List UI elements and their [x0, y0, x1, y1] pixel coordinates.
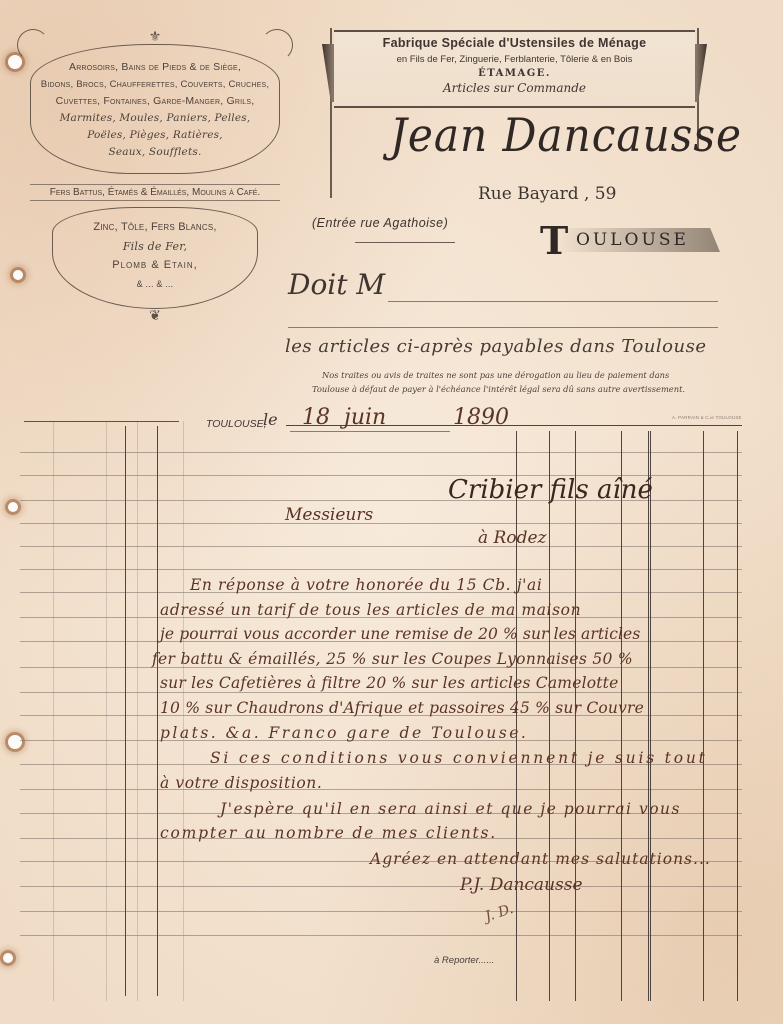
punch-hole — [3, 953, 13, 963]
fleuron-ornament: ❦ — [30, 309, 280, 323]
merchant-name: Jean Dancausse — [390, 108, 742, 162]
merchandise-line: Arrosoirs, Bains de Pieds & de Siège, — [39, 59, 271, 76]
letter-line: adressé un tarif de tous les articles de… — [160, 601, 581, 619]
letter-line: je pourrai vous accorder une remise de 2… — [160, 625, 640, 643]
merchandise-line: Bidons, Brocs, Chaufferettes, Couverts, … — [39, 76, 271, 93]
metals-cartouche: Zinc, Tôle, Fers Blancs, Fils de Fer, Pl… — [52, 207, 258, 309]
punch-hole — [8, 735, 22, 749]
payable-terms: les articles ci-après payables dans Toul… — [285, 336, 707, 357]
payment-notice: Nos traites ou avis de traites ne sont p… — [322, 368, 722, 396]
merchandise-line: Poëles, Pièges, Ratières, — [39, 127, 271, 144]
letter-line: 10 % sur Chaudrons d'Afrique et passoire… — [160, 699, 644, 717]
signature: P.J. Dancausse — [460, 875, 583, 895]
punch-hole — [8, 502, 18, 512]
punch-hole — [8, 55, 22, 69]
invoice-letter-page: ⚜ Arrosoirs, Bains de Pieds & de Siège, … — [0, 0, 783, 1024]
metals-line: & ... & ... — [59, 275, 251, 294]
salutation: Messieurs — [285, 505, 373, 525]
fleuron-ornament: ⚜ — [30, 30, 280, 44]
divider — [355, 242, 455, 243]
merchandise-band: Fers Battus, Étamés & Émaillés, Moulins … — [30, 184, 280, 201]
letter-line: à votre disposition. — [160, 774, 322, 792]
notice-line: Nos traites ou avis de traites ne sont p… — [322, 368, 722, 382]
city-name: OULOUSE — [576, 230, 689, 250]
banner-service: ÉTAMAGE. — [322, 68, 707, 79]
date-month: juin — [344, 405, 386, 430]
banner-title: Fabrique Spéciale d'Ustensiles de Ménage — [322, 36, 707, 50]
metals-line: Plomb & Etain, — [59, 256, 251, 275]
merchandise-line: Seaux, Soufflets. — [39, 144, 271, 161]
closing: Agréez en attendant mes salutations... — [370, 850, 711, 868]
date-rule — [290, 431, 450, 432]
customer-line-2 — [288, 327, 718, 328]
customer-line — [388, 301, 718, 302]
doit-label: Doit M — [288, 268, 385, 301]
punch-hole — [13, 270, 23, 280]
date-day: 18 — [302, 405, 330, 430]
date-le: le — [263, 410, 278, 429]
banner-tagline: Articles sur Commande — [322, 81, 707, 95]
city-banner: T OULOUSE — [536, 222, 720, 264]
letter-line: En réponse à votre honorée du 15 Cb. j'a… — [190, 576, 542, 594]
entrance-note: (Entrée rue Agathoise) — [312, 216, 448, 230]
date-city: TOULOUSE, — [206, 418, 267, 430]
printer-imprint: A. PARRAIN & C.ie TOULOUSE — [672, 415, 742, 420]
merchandise-cartouche: ⚜ Arrosoirs, Bains de Pieds & de Siège, … — [30, 30, 280, 323]
business-banner: Fabrique Spéciale d'Ustensiles de Ménage… — [322, 30, 707, 106]
letter-line: plats. &a. Franco gare de Toulouse. — [160, 724, 528, 742]
signature-initials: J. D. — [483, 901, 515, 925]
letter-line: fer battu & émaillés, 25 % sur les Coupe… — [152, 650, 633, 668]
letter-line: Si ces conditions vous conviennent je su… — [210, 749, 708, 767]
letter-line: sur les Cafetières à filtre 20 % sur les… — [160, 674, 618, 692]
metals-line: Fils de Fer, — [59, 237, 251, 256]
letter-line: J'espère qu'il en sera ainsi et que je p… — [220, 800, 681, 818]
letter-line: compter au nombre de mes clients. — [160, 824, 497, 842]
banner-subtitle: en Fils de Fer, Zinguerie, Ferblanterie,… — [322, 54, 707, 65]
merchandise-line: Marmites, Moules, Paniers, Pelles, — [39, 110, 271, 127]
addressee: Cribier fils aîné — [448, 475, 653, 505]
date-year: 1890 — [453, 405, 509, 430]
notice-line: Toulouse à défaut de payer à l'échéance … — [312, 382, 722, 396]
carry-forward-label: à Reporter...... — [434, 955, 494, 966]
street-address: Rue Bayard , 59 — [478, 184, 616, 204]
metals-line: Zinc, Tôle, Fers Blancs, — [59, 218, 251, 237]
addressee-city: à Rodez — [478, 528, 546, 548]
merchandise-line: Cuvettes, Fontaines, Garde-Manger, Grils… — [39, 93, 271, 110]
city-initial: T — [540, 218, 568, 263]
